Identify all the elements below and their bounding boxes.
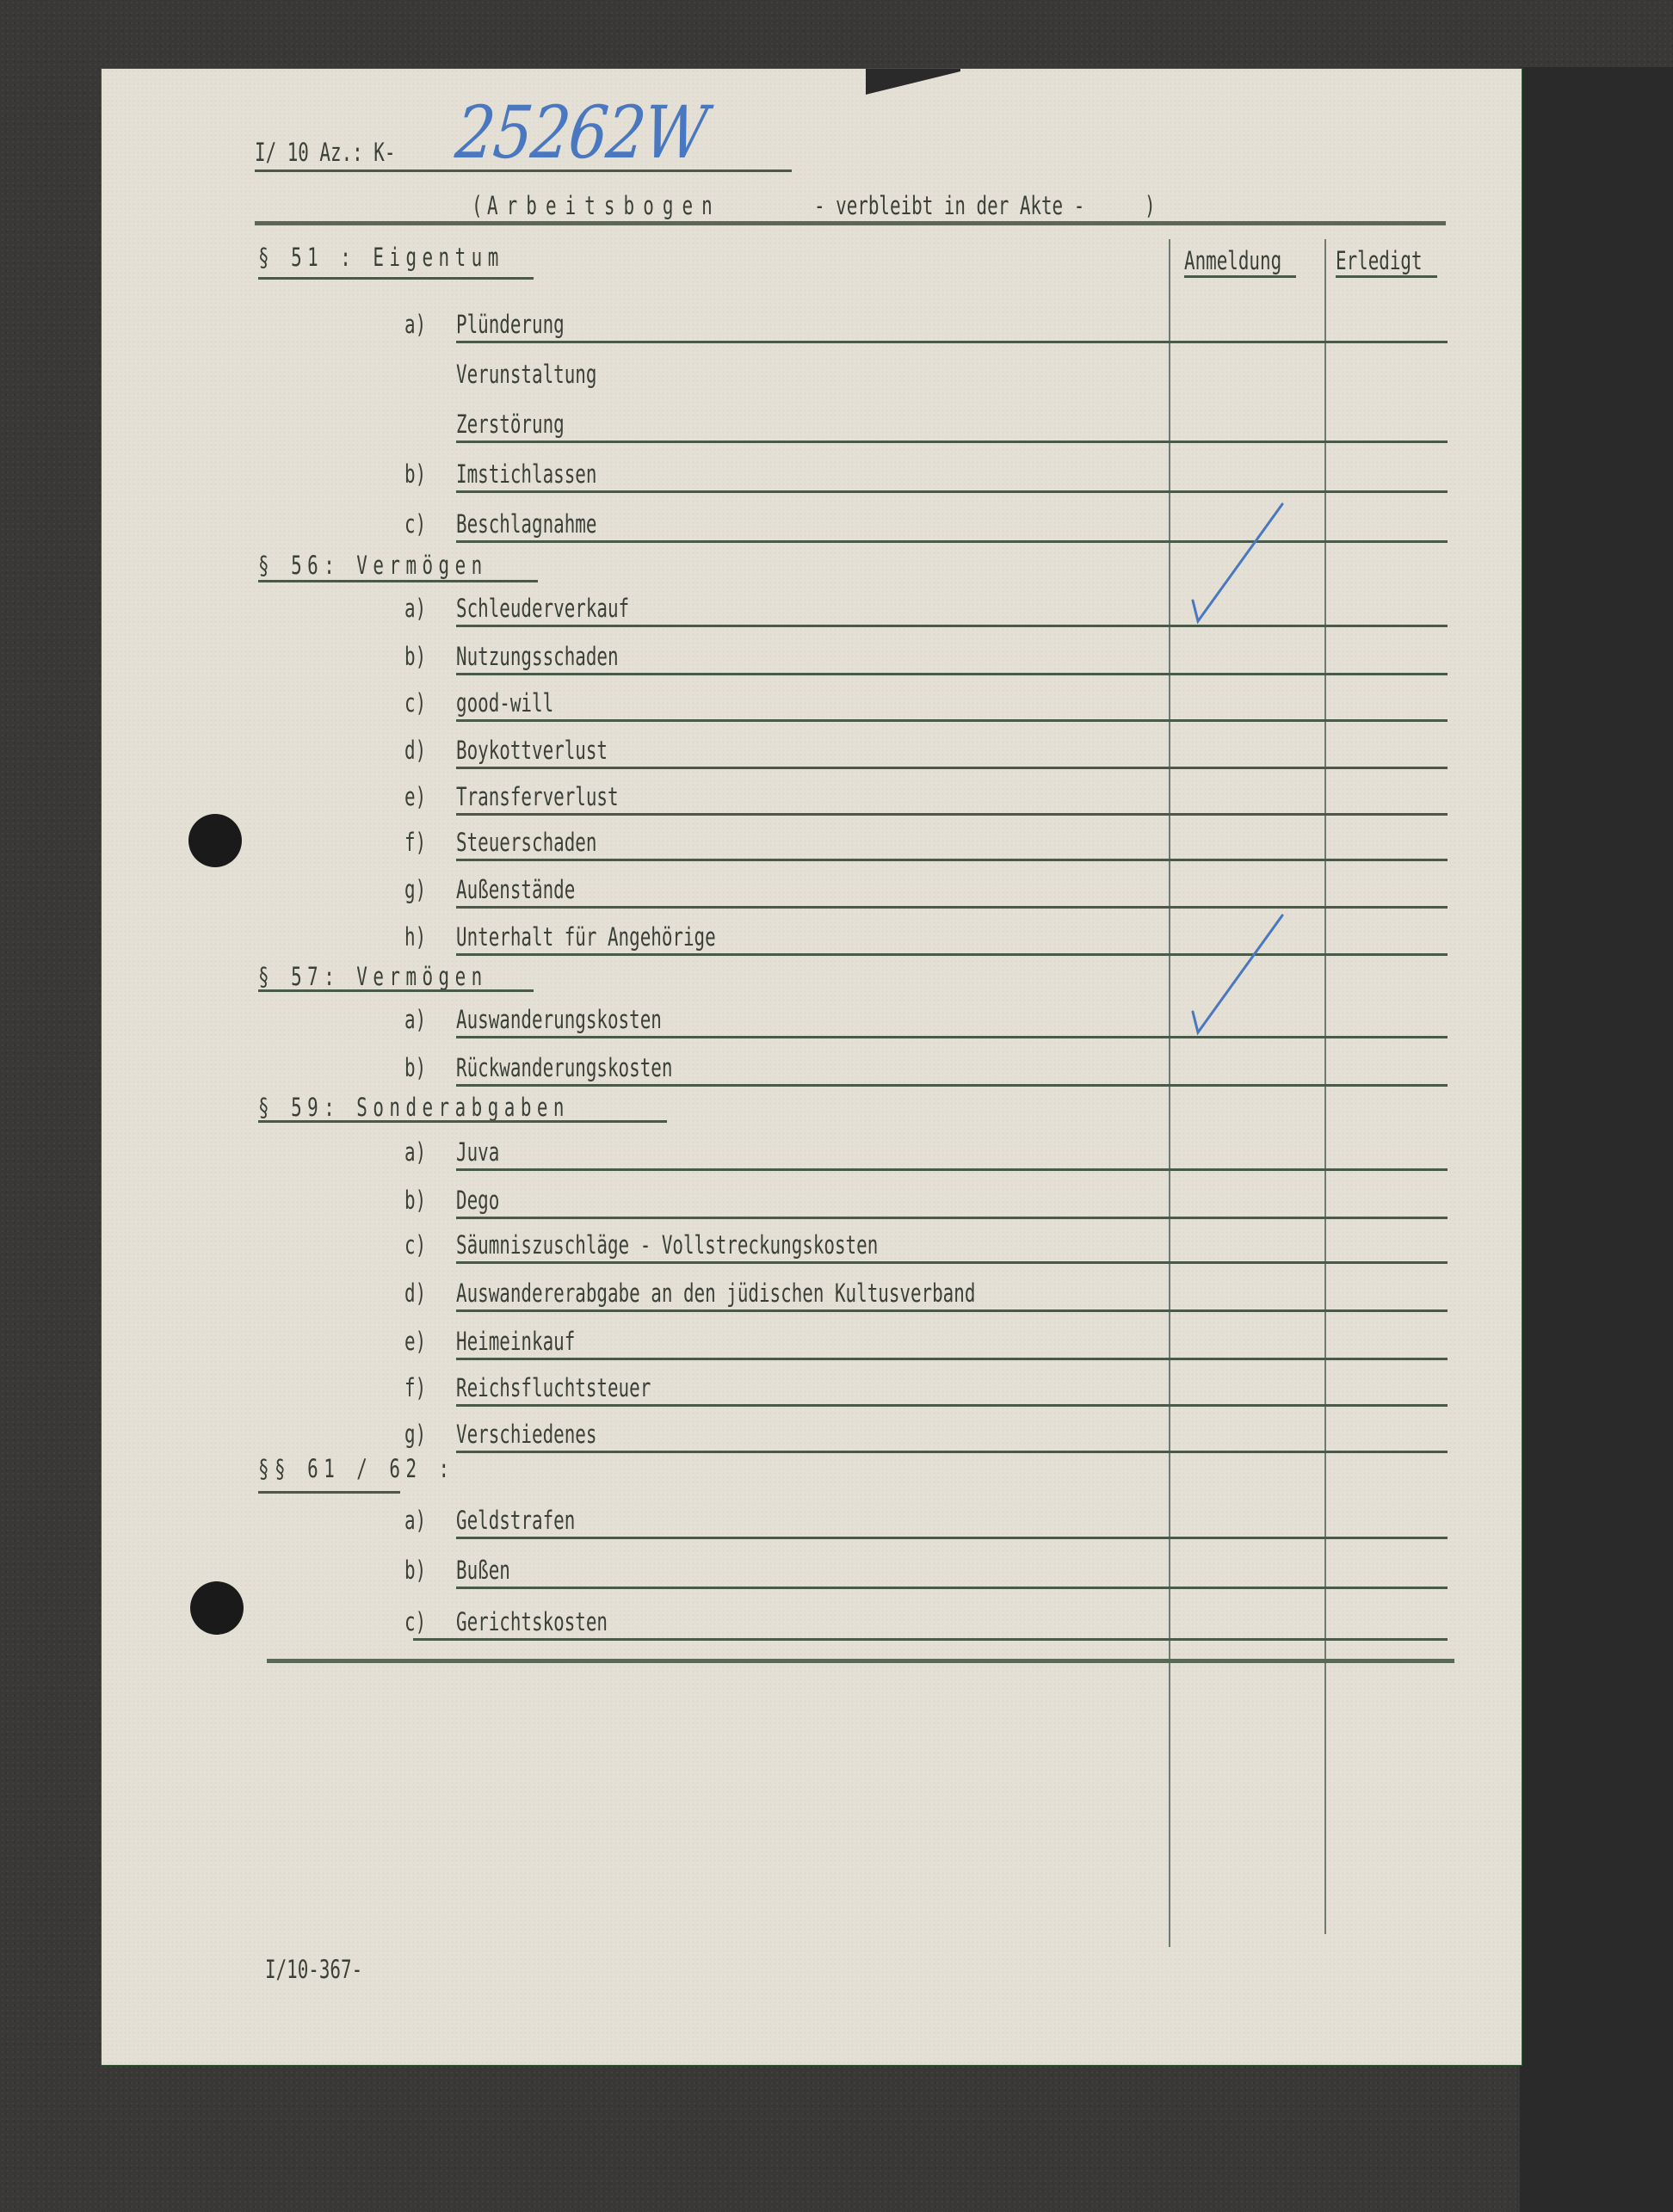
completed-cell[interactable] — [1328, 1602, 1446, 1638]
registration-cell[interactable] — [1172, 1368, 1323, 1404]
checklist-item-label: Säumniszuschläge - Vollstreckungskosten — [456, 1230, 878, 1260]
item-rule-line — [456, 1261, 1448, 1264]
section-title: § 57: Vermögen — [258, 962, 488, 991]
checklist-item-label: Unterhalt für Angehörige — [456, 922, 716, 952]
section-title-underline — [258, 1120, 667, 1123]
item-letter: c) — [404, 1230, 426, 1260]
header-rule — [255, 221, 1446, 225]
registration-cell[interactable] — [1172, 1132, 1323, 1168]
completed-cell[interactable] — [1328, 1550, 1446, 1587]
checklist-item-label: Dego — [456, 1186, 499, 1215]
item-letter: e) — [404, 1327, 426, 1356]
completed-cell[interactable] — [1328, 917, 1446, 953]
item-rule-line — [456, 1451, 1448, 1453]
checklist-item-label: Imstichlassen — [456, 459, 596, 489]
form-number: I/10-367- — [265, 1955, 362, 1984]
completed-cell[interactable] — [1328, 1180, 1446, 1217]
registration-cell[interactable] — [1172, 1048, 1323, 1084]
completed-cell[interactable] — [1328, 870, 1446, 906]
checklist-item-label: Auswandererabgabe an den jüdischen Kultu… — [456, 1279, 975, 1308]
subtitle-paren-close: ) — [1145, 191, 1156, 220]
registration-cell[interactable] — [1172, 404, 1323, 441]
registration-cell[interactable] — [1172, 305, 1323, 341]
completed-cell[interactable] — [1328, 1500, 1446, 1537]
item-letter: h) — [404, 922, 426, 952]
item-letter: d) — [404, 736, 426, 765]
section-title-underline — [258, 1491, 400, 1494]
item-rule-line — [456, 1358, 1448, 1360]
checklist-item-label: Boykottverlust — [456, 736, 608, 765]
column-header-completed: Erledigt — [1336, 246, 1423, 275]
section-title-underline — [258, 989, 534, 992]
completed-cell[interactable] — [1328, 637, 1446, 673]
checkmark-icon — [1186, 910, 1289, 1039]
completed-cell[interactable] — [1328, 1322, 1446, 1358]
subtitle-paren-open: ( — [472, 191, 483, 220]
completed-cell[interactable] — [1328, 354, 1446, 391]
item-rule-line — [456, 1537, 1448, 1539]
item-letter: b) — [404, 642, 426, 671]
checkmark-icon — [1186, 499, 1289, 628]
completed-cell[interactable] — [1328, 777, 1446, 813]
item-letter: g) — [404, 1420, 426, 1449]
checklist-item-label: Plünderung — [456, 310, 565, 339]
completed-cell[interactable] — [1328, 504, 1446, 540]
checklist-item-label: Juva — [456, 1137, 499, 1167]
item-rule-line — [456, 1036, 1448, 1038]
completed-cell[interactable] — [1328, 1273, 1446, 1309]
completed-cell[interactable] — [1328, 305, 1446, 341]
item-letter: b) — [404, 1556, 426, 1585]
registration-cell[interactable] — [1172, 354, 1323, 391]
checklist-item-label: Geldstrafen — [456, 1506, 575, 1535]
completed-cell[interactable] — [1328, 588, 1446, 625]
registration-cell[interactable] — [1172, 683, 1323, 719]
section-title: § 51 : Eigentum — [258, 243, 504, 272]
checklist-item-label: Transferverlust — [456, 782, 619, 811]
item-letter: a) — [404, 594, 426, 623]
item-letter: d) — [404, 1279, 426, 1308]
column-divider-registration — [1169, 239, 1170, 1947]
checklist-item-label: Verunstaltung — [456, 360, 596, 389]
item-rule-line — [456, 1217, 1448, 1219]
checklist-item-label: Steuerschaden — [456, 828, 596, 857]
item-rule-line — [456, 813, 1448, 816]
item-rule-line — [456, 1084, 1448, 1087]
completed-cell[interactable] — [1328, 454, 1446, 490]
item-letter: a) — [404, 1137, 426, 1167]
registration-cell[interactable] — [1172, 730, 1323, 767]
registration-cell[interactable] — [1172, 637, 1323, 673]
completed-cell[interactable] — [1328, 1048, 1446, 1084]
completed-cell[interactable] — [1328, 1225, 1446, 1261]
section-title-underline — [258, 580, 538, 582]
item-rule-line — [413, 1638, 1448, 1641]
item-rule-line — [456, 625, 1448, 627]
table-bottom-rule — [267, 1659, 1454, 1663]
checklist-item-label: Gerichtskosten — [456, 1607, 608, 1636]
item-rule-line — [456, 1309, 1448, 1312]
checklist-item-label: Heimeinkauf — [456, 1327, 575, 1356]
item-letter: e) — [404, 782, 426, 811]
registration-cell[interactable] — [1172, 1602, 1323, 1638]
completed-cell[interactable] — [1328, 823, 1446, 859]
completed-cell[interactable] — [1328, 683, 1446, 719]
item-letter: c) — [404, 688, 426, 718]
item-rule-line — [456, 540, 1448, 543]
checklist-item-label: good-will — [456, 688, 553, 718]
registration-cell[interactable] — [1172, 1550, 1323, 1587]
column-divider-completed — [1324, 239, 1326, 1934]
checklist-item-label: Beschlagnahme — [456, 509, 596, 539]
item-letter: c) — [404, 509, 426, 539]
item-letter: a) — [404, 1506, 426, 1535]
section-title: §§ 61 / 62 : — [258, 1454, 455, 1483]
checklist-item-label: Bußen — [456, 1556, 510, 1585]
checklist-item-label: Nutzungsschaden — [456, 642, 619, 671]
registration-cell[interactable] — [1172, 1500, 1323, 1537]
item-letter: b) — [404, 1186, 426, 1215]
registration-cell[interactable] — [1172, 1225, 1323, 1261]
item-rule-line — [456, 906, 1448, 909]
registration-cell[interactable] — [1172, 823, 1323, 859]
checklist-item-label: Schleuderverkauf — [456, 594, 629, 623]
item-letter: c) — [404, 1607, 426, 1636]
checklist-item-label: Rückwanderungskosten — [456, 1053, 672, 1082]
item-rule-line — [456, 1404, 1448, 1407]
registration-cell[interactable] — [1172, 870, 1323, 906]
completed-cell[interactable] — [1328, 1414, 1446, 1451]
section-title-underline — [258, 277, 534, 280]
item-letter: f) — [404, 828, 426, 857]
item-rule-line — [456, 1587, 1448, 1589]
item-letter: a) — [404, 1005, 426, 1034]
item-rule-line — [456, 673, 1448, 675]
item-rule-line — [456, 953, 1448, 956]
registration-cell[interactable] — [1172, 1273, 1323, 1309]
file-reference-label: I/ 10 Az.: K- — [255, 138, 395, 167]
registration-cell[interactable] — [1172, 1414, 1323, 1451]
subtitle-rest: - verbleibt in der Akte - — [814, 191, 1084, 220]
dark-background-panel — [1520, 67, 1673, 2212]
item-rule-line — [456, 490, 1448, 493]
registration-cell[interactable] — [1172, 454, 1323, 490]
punch-hole-bottom — [190, 1581, 244, 1635]
completed-cell[interactable] — [1328, 404, 1446, 441]
checklist-item-label: Außenstände — [456, 875, 575, 904]
column-header-registration: Anmeldung — [1184, 246, 1281, 275]
checklist-item-label: Reichsfluchtsteuer — [456, 1373, 651, 1402]
subtitle-main: Arbeitsbogen — [487, 191, 721, 220]
item-rule-line — [456, 1168, 1448, 1171]
file-reference-underline — [255, 169, 792, 172]
section-title: § 56: Vermögen — [258, 551, 488, 580]
checklist-item-label: Auswanderungskosten — [456, 1005, 662, 1034]
registration-cell[interactable] — [1172, 1180, 1323, 1217]
item-letter: g) — [404, 875, 426, 904]
completed-cell[interactable] — [1328, 730, 1446, 767]
item-rule-line — [456, 341, 1448, 343]
section-title: § 59: Sonderabgaben — [258, 1093, 570, 1122]
registration-cell[interactable] — [1172, 1322, 1323, 1358]
completed-cell[interactable] — [1328, 1132, 1446, 1168]
completed-cell[interactable] — [1328, 1368, 1446, 1404]
item-rule-line — [456, 859, 1448, 861]
item-letter: b) — [404, 1053, 426, 1082]
item-rule-line — [456, 719, 1448, 722]
registration-cell[interactable] — [1172, 777, 1323, 813]
column-header-registration-underline — [1184, 275, 1296, 278]
item-rule-line — [456, 767, 1448, 769]
punch-hole-top — [188, 814, 242, 867]
item-letter: b) — [404, 459, 426, 489]
checklist-item-label: Verschiedenes — [456, 1420, 596, 1449]
item-letter: a) — [404, 310, 426, 339]
file-number-handwritten: 25262W — [453, 90, 710, 175]
column-header-completed-underline — [1336, 275, 1437, 278]
checklist-item-label: Zerstörung — [456, 410, 565, 439]
completed-cell[interactable] — [1328, 1000, 1446, 1036]
item-letter: f) — [404, 1373, 426, 1402]
item-rule-line — [456, 441, 1448, 443]
